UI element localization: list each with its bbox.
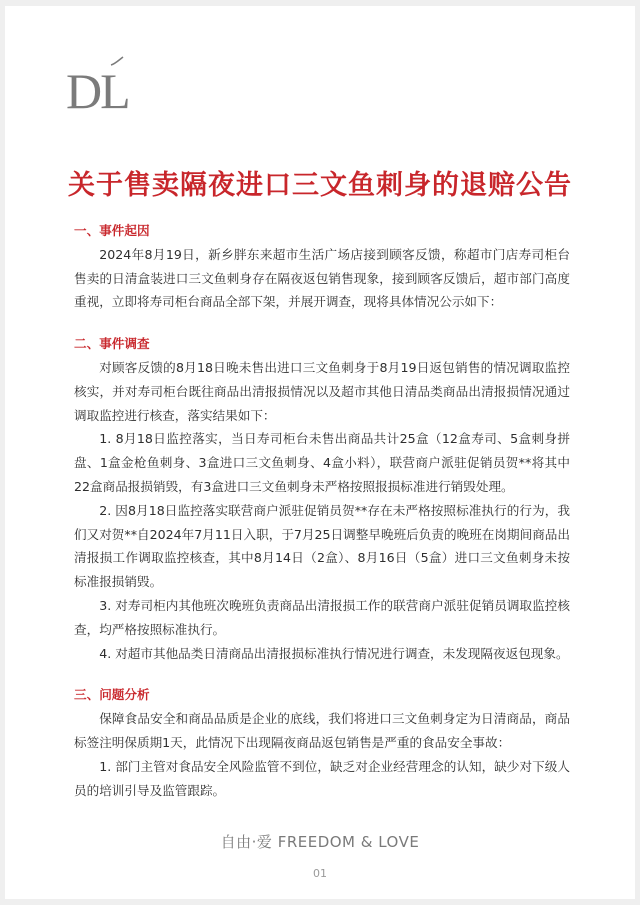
paragraph: 保障食品安全和商品品质是企业的底线，我们将进口三文鱼刺身定为日清商品，商品标签注…	[74, 707, 570, 755]
section-title: 事件起因	[99, 223, 149, 238]
section-heading-investigation: 二、事件调查	[74, 332, 570, 356]
section-title: 问题分析	[99, 687, 149, 702]
section-number: 一、	[74, 223, 99, 238]
footer-slogan: 自由·爱 FREEDOM & LOVE	[0, 831, 640, 852]
logo-text: DL	[66, 63, 129, 119]
brand-logo: DL	[66, 66, 136, 116]
section-title: 事件调查	[99, 336, 149, 351]
paragraph: 2024年8月19日，新乡胖东来超市生活广场店接到顾客反馈，称超市门店寿司柜台售…	[74, 243, 570, 314]
document-body: 一、事件起因 2024年8月19日，新乡胖东来超市生活广场店接到顾客反馈，称超市…	[74, 219, 570, 802]
list-item: 1. 8月18日监控落实，当日寿司柜台未售出商品共计25盒（12盒寿司、5盒刺身…	[74, 427, 570, 498]
logo-accent-icon	[110, 56, 124, 66]
section-heading-analysis: 三、问题分析	[74, 683, 570, 707]
list-item: 2. 因8月18日监控落实联营商户派驻促销员贺**存在未严格按照标准执行的行为，…	[74, 499, 570, 594]
list-item: 4. 对超市其他品类日清商品出清报损标准执行情况进行调查，未发现隔夜返包现象。	[74, 642, 570, 666]
section-number: 二、	[74, 336, 99, 351]
list-item: 1. 部门主管对食品安全风险监管不到位，缺乏对企业经营理念的认知，缺少对下级人员…	[74, 755, 570, 803]
page-number: 01	[0, 867, 640, 880]
page-title: 关于售卖隔夜进口三文鱼刺身的退赔公告	[0, 163, 640, 202]
section-number: 三、	[74, 687, 99, 702]
list-item: 3. 对寿司柜内其他班次晚班负责商品出清报损工作的联营商户派驻促销员调取监控核查…	[74, 594, 570, 642]
section-heading-cause: 一、事件起因	[74, 219, 570, 243]
paragraph: 对顾客反馈的8月18日晚未售出进口三文鱼刺身于8月19日返包销售的情况调取监控核…	[74, 356, 570, 427]
